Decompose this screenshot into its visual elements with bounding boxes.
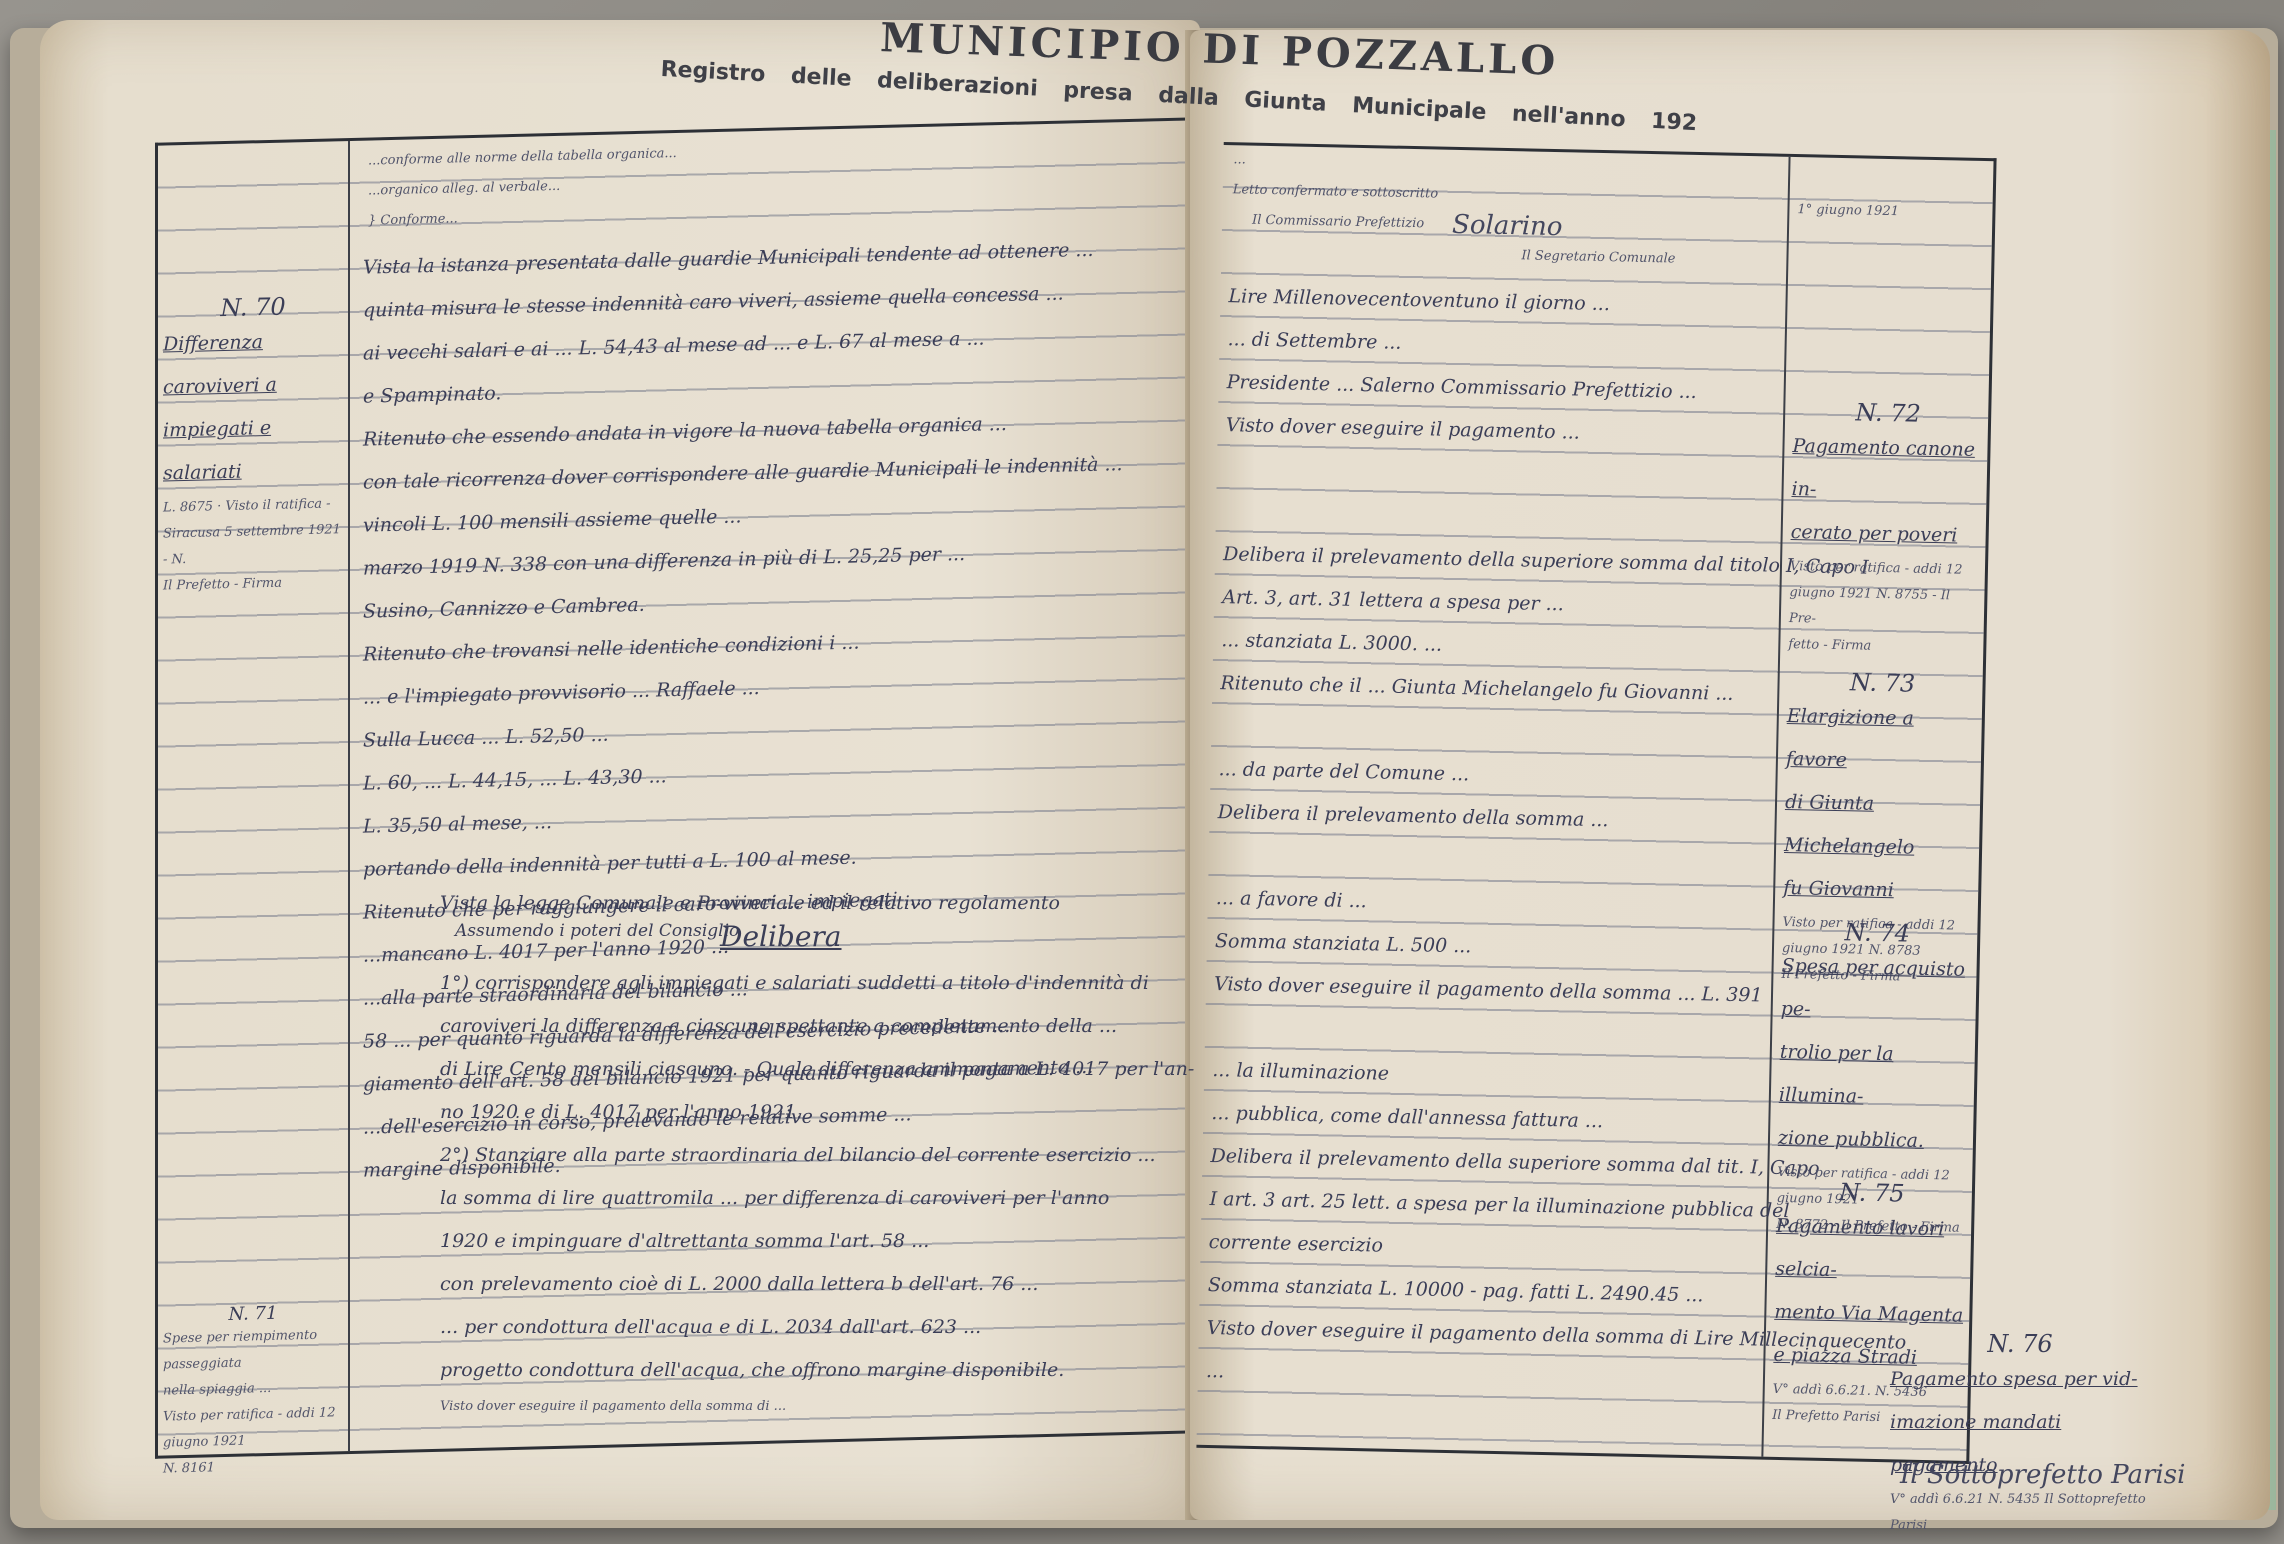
delibera-line: la somma di lire quattromila ... per dif…	[440, 1177, 1109, 1220]
margin-entry-date: 1° giugno 1921	[1797, 197, 1988, 227]
body-line: Sulla Lucca ... L. 52,50 ...	[363, 714, 609, 763]
entry-note: V° addì 6.6.21 N. 5435 Il Sottoprefetto …	[1890, 1487, 2150, 1539]
entry-title-line: Elargizione a favore	[1786, 695, 1978, 785]
entry-note: Siracusa 5 settembre 1921 - N.	[163, 517, 343, 573]
entry-title-line: Differenza caroviveri a	[163, 319, 343, 409]
body-line: Visto dover eseguire il pagamento ...	[1225, 404, 1580, 454]
signature: Solarino	[1452, 210, 1563, 242]
entry-title-line: Spese per riempimento passeggiata	[163, 1322, 343, 1378]
entry-note: fetto - Firma	[1788, 632, 1979, 662]
top-line: ...	[1233, 145, 1246, 175]
top-line: } Conforme...	[368, 204, 458, 236]
entry-title-line: 1° giugno 1921	[1797, 197, 1988, 227]
body-line: ... stanziata L. 3000. ...	[1221, 619, 1443, 667]
body-line: Somma stanziata L. 500 ...	[1215, 920, 1472, 968]
delibera-line: 1°) corrispondere agli impiegati e salar…	[440, 962, 1149, 1005]
margin-entry-70: N. 70 Differenza caroviveri a impiegati …	[163, 291, 343, 599]
entry-number: N. 76	[1890, 1330, 2150, 1358]
body-line: ... di Settembre ...	[1227, 318, 1402, 365]
entry-title-line: zione pubblica.	[1778, 1117, 1969, 1164]
delibera-line: ... per condottura dell'acqua e di L. 20…	[440, 1306, 981, 1349]
right-page: ... Letto confermato e sottoscritto Il C…	[1190, 30, 2270, 1520]
delibera-line: di Lire Cento mensili ciascuno. - Quale …	[440, 1048, 1194, 1091]
delibera-line: caroviveri la differenza a ciascuno spet…	[440, 1005, 1117, 1048]
body-line: L. 60, ... L. 44,15, ... L. 43,30 ...	[363, 755, 667, 805]
top-line: Letto confermato e sottoscritto	[1232, 175, 1438, 209]
entry-title-line: Pagamento lavori selcia-	[1775, 1205, 1967, 1295]
body-line: L. 35,50 al mese, ...	[363, 801, 552, 849]
margin-column-divider	[348, 141, 350, 1451]
entry-number: N. 72	[1793, 397, 1984, 429]
body-line: Assumendo i poteri del Consiglio	[455, 910, 739, 953]
footer-signature: Il Sottoprefetto Parisi	[1900, 1460, 2185, 1490]
entry-number: N. 75	[1777, 1177, 1968, 1209]
entry-note: Il Prefetto - Firma	[163, 569, 343, 599]
entry-title-line: fu Giovanni	[1783, 867, 1974, 914]
top-line: Il Commissario Prefettizio	[1252, 206, 1425, 240]
body-line: Art. 3, art. 31 lettera a spesa per ...	[1222, 576, 1564, 626]
body-line: Susino, Cannizzo e Cambrea.	[363, 584, 645, 634]
margin-entry-76: N. 76 Pagamento spesa per vid- imazione …	[1890, 1330, 2150, 1539]
delibera-line: Visto dover eseguire il pagamento della …	[440, 1392, 786, 1422]
entry-title-line: di Giunta Michelangelo	[1784, 781, 1976, 871]
entry-title-line: cerato per poveri	[1790, 511, 1981, 558]
entry-note: Visto per ratifica - addi 12 giugno 1921	[163, 1400, 343, 1456]
margin-entry-71: N. 71 Spese per riempimento passeggiata …	[163, 1301, 343, 1482]
entry-title-line: Spesa per acquisto pe-	[1780, 945, 1972, 1035]
right-page-frame: ... Letto confermato e sottoscritto Il C…	[1196, 142, 1996, 1464]
delibera-line: 1920 e impinguare d'altrettanta somma l'…	[440, 1220, 929, 1263]
entry-note: giugno 1921 N. 8755 - Il Pre-	[1789, 580, 1980, 636]
top-line: ...organico alleg. al verbale...	[368, 172, 560, 207]
body-line: ...	[1206, 1350, 1225, 1393]
entry-title-line: Pagamento spesa per vid-	[1890, 1358, 2150, 1401]
body-line: ... da parte del Comune ...	[1218, 748, 1469, 796]
entry-number: N. 73	[1787, 667, 1978, 699]
body-line: ... a favore di ...	[1215, 877, 1367, 923]
entry-title-line: Pagamento canone in-	[1791, 425, 1983, 515]
entry-note: Visto per ratifica - addi 12	[1790, 554, 1981, 584]
margin-entry-72: N. 72 Pagamento canone in- cerato per po…	[1788, 397, 1983, 662]
delibera-line: no 1920 e di L. 4017 per l'anno 1921.	[440, 1091, 802, 1134]
entry-note: N. 8161	[163, 1452, 343, 1482]
delibera-line: con prelevamento cioè di L. 2000 dalla l…	[440, 1263, 1038, 1306]
body-line: corrente esercizio	[1208, 1221, 1383, 1268]
delibera-line: progetto condottura dell'acqua, che offr…	[440, 1349, 1064, 1392]
entry-title-line: trolio per la illumina-	[1778, 1031, 1970, 1121]
entry-number: N. 70	[163, 291, 343, 323]
top-line: Il Segretario Comunale	[1521, 241, 1676, 274]
entry-number: N. 74	[1782, 917, 1973, 949]
body-line: Delibera il prelevamento della somma ...	[1217, 791, 1609, 842]
body-line: ... la illuminazione	[1212, 1049, 1390, 1096]
body-line: e Spampinato.	[363, 372, 501, 418]
delibera-line: 2°) Stanziare alla parte straordinaria d…	[440, 1134, 1156, 1177]
entry-title-line: impiegati e salariati	[163, 405, 343, 495]
